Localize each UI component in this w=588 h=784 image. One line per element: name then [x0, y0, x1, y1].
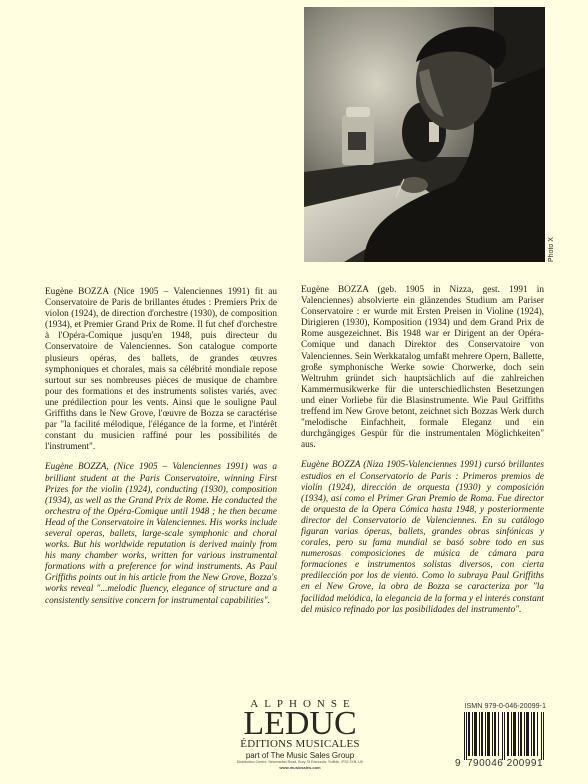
photo-credit: Photo X — [548, 240, 570, 262]
composer-photo-image — [304, 7, 545, 262]
bio-german: Eugène BOZZA (geb. 1905 in Nizza, gest. … — [301, 285, 544, 451]
publisher-website: www.musicsales.com — [213, 765, 387, 770]
barcode-lead-digit: 9 — [455, 758, 467, 769]
barcode-digits: 790046 200991 — [467, 758, 543, 769]
ismn-barcode: ISMN 979-0-046-20099-1 9790046 200991 — [455, 702, 550, 768]
composer-photo — [304, 7, 545, 262]
bio-english: Eugène BOZZA, (Nice 1905 – Valenciennes … — [45, 462, 277, 606]
ismn-number: ISMN 979-0-046-20099-1 — [455, 702, 546, 710]
left-column: Eugène BOZZA (Nice 1905 – Valenciennes 1… — [45, 287, 277, 616]
publisher-logo: ALPHONSE LEDUC ÉDITIONS MUSICALES part o… — [213, 698, 387, 770]
publisher-line3: ÉDITIONS MUSICALES — [213, 738, 387, 750]
right-column: Eugène BOZZA (geb. 1905 in Nizza, gest. … — [301, 285, 544, 625]
bio-spanish: Eugène BOZZA (Niza 1905-Valenciennes 199… — [301, 460, 544, 615]
publisher-line2: LEDUC — [213, 710, 387, 738]
publisher-group: part of The Music Sales Group — [213, 751, 387, 760]
barcode-digits-row: 9790046 200991 — [455, 758, 550, 769]
barcode-bars-icon — [464, 712, 546, 760]
bio-french: Eugène BOZZA (Nice 1905 – Valenciennes 1… — [45, 287, 277, 453]
